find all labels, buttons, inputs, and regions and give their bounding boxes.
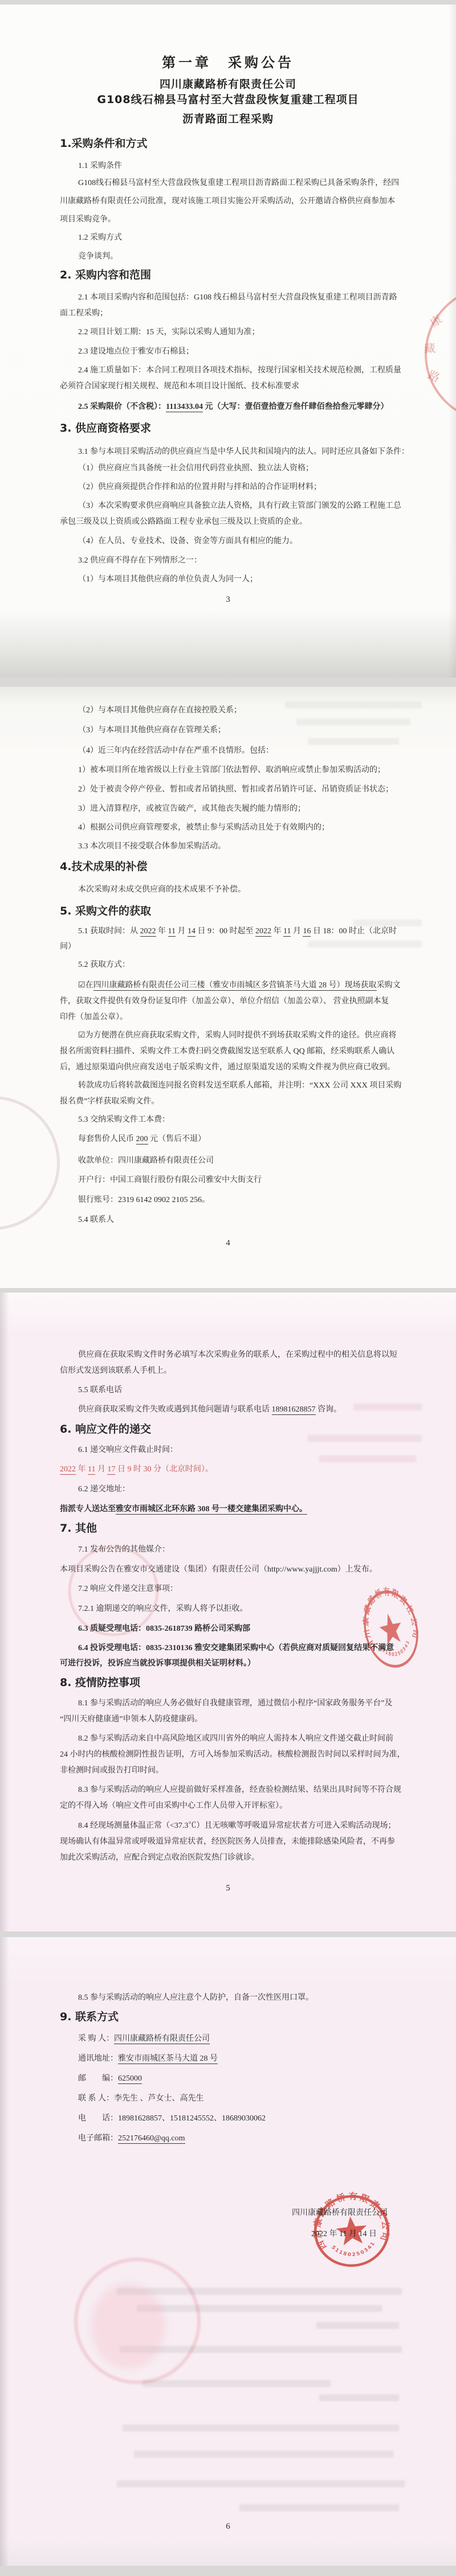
svg-text:5118025034105: 5118025034105 [299, 2181, 378, 2263]
contact-purchaser: 采 购 人：四川康藏路桥有限责任公司 [78, 2033, 210, 2045]
contact-zipcode: 邮 编：625000 [78, 2073, 142, 2085]
official-seal-page4: 四川康藏路桥有限责任公司 5118025034105 [299, 2181, 404, 2282]
contact-telephone: 电 话：18981628857、15181245552、18689030062 [78, 2113, 266, 2125]
contact-address: 通讯地址：雅安市雨城区茶马大道 28 号 [78, 2053, 218, 2065]
contact-email: 电子邮箱：252176460@qq.com [78, 2132, 185, 2145]
contact-person: 联 系 人：李先生 、芦女士、高先生 [78, 2093, 204, 2105]
scanned-document: 第一章 采购公告四川康藏路桥有限责任公司G108线石棉县马富村至大营盘段恢复重建… [0, 0, 456, 2576]
page-number: 6 [0, 2520, 456, 2533]
section-heading: 9. 联系方式 [60, 2010, 119, 2024]
text-line: 8.5 参与采购活动的响应人应注意个人防护，自备一次性医用口罩。 [78, 1992, 313, 2004]
